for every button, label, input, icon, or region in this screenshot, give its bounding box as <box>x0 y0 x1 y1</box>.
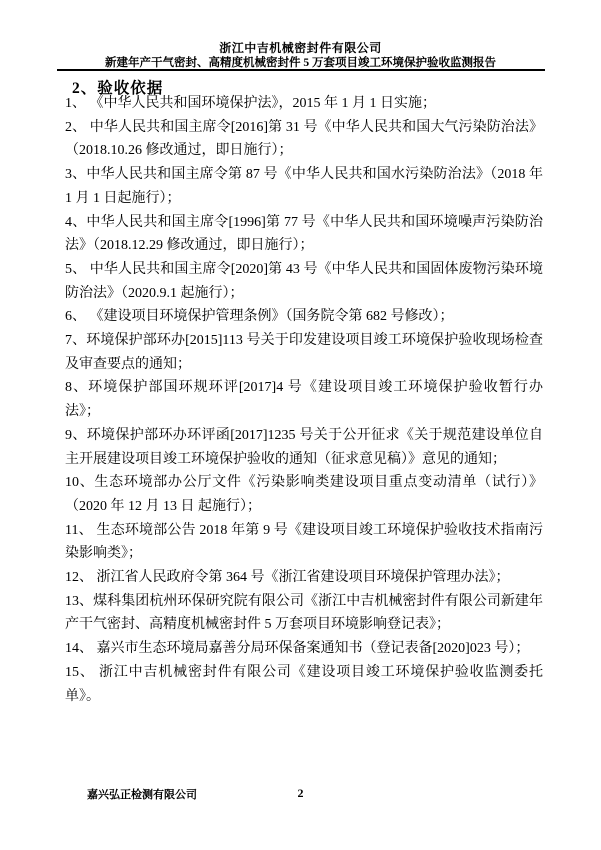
acceptance-basis-list: 1、 《中华人民共和国环境保护法》，2015 年 1 月 1 日实施； 2、 中… <box>65 92 543 708</box>
list-item: 11、 生态环境部公告 2018 年第 9 号《建设项目竣工环境保护验收技术指南… <box>65 519 543 566</box>
list-item: 15、 浙江中吉机械密封件有限公司《建设项目竣工环境保护验收监测委托单》。 <box>65 661 543 708</box>
list-item: 8、环境保护部国环规环评[2017]4 号《建设项目竣工环境保护验收暂行办法》； <box>65 376 543 423</box>
document-page: 浙江中吉机械密封件有限公司 新建年产干气密封、高精度机械密封件 5 万套项目竣工… <box>0 0 601 850</box>
header-divider-rule <box>57 69 545 71</box>
list-item: 10、生态环境部办公厅文件《污染影响类建设项目重点变动清单（试行）》（2020 … <box>65 471 543 518</box>
list-item: 4、中华人民共和国主席令[1996]第 77 号《中华人民共和国环境噪声污染防治… <box>65 211 543 258</box>
list-item: 14、 嘉兴市生态环境局嘉善分局环保备案通知书（登记表备[2020]023 号）… <box>65 637 543 661</box>
list-item: 3、中华人民共和国主席令第 87 号《中华人民共和国水污染防治法》（2018 年… <box>65 163 543 210</box>
list-item: 1、 《中华人民共和国环境保护法》，2015 年 1 月 1 日实施； <box>65 92 543 116</box>
header-report-title: 新建年产干气密封、高精度机械密封件 5 万套项目竣工环境保护验收监测报告 <box>0 54 601 70</box>
list-item: 12、 浙江省人民政府令第 364 号《浙江省建设项目环境保护管理办法》； <box>65 566 543 590</box>
list-item: 6、 《建设项目环境保护管理条例》（国务院令第 682 号修改）； <box>65 305 543 329</box>
list-item: 9、环境保护部环办环评函[2017]1235 号关于公开征求《关于规范建设单位自… <box>65 424 543 471</box>
list-item: 2、 中华人民共和国主席令[2016]第 31 号《中华人民共和国大气污染防治法… <box>65 116 543 163</box>
list-item: 13、煤科集团杭州环保研究院有限公司《浙江中吉机械密封件有限公司新建年产干气密封… <box>65 590 543 637</box>
list-item: 7、环境保护部环办[2015]113 号关于印发建设项目竣工环境保护验收现场检查… <box>65 329 543 376</box>
list-item: 5、 中华人民共和国主席令[2020]第 43 号《中华人民共和国固体废物污染环… <box>65 258 543 305</box>
page-number: 2 <box>0 786 601 801</box>
